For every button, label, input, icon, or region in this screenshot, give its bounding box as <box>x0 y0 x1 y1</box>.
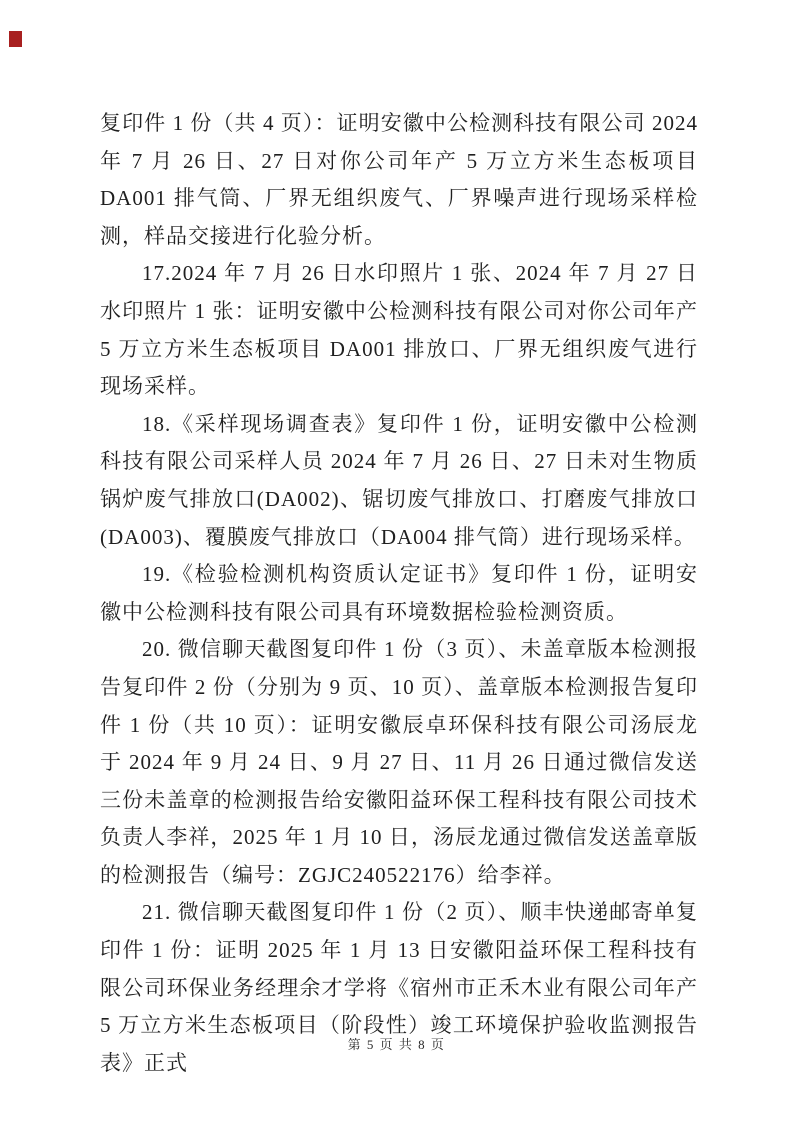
paragraph-item-17: 17.2024 年 7 月 26 日水印照片 1 张、2024 年 7 月 27… <box>100 255 698 405</box>
document-page: 复印件 1 份（共 4 页）：证明安徽中公检测科技有限公司 2024 年 7 月… <box>0 0 793 1122</box>
paragraph-item-16-continuation: 复印件 1 份（共 4 页）：证明安徽中公检测科技有限公司 2024 年 7 月… <box>100 105 698 255</box>
paragraph-item-21: 21. 微信聊天截图复印件 1 份（2 页）、顺丰快递邮寄单复印件 1 份：证明… <box>100 894 698 1082</box>
paragraph-item-19: 19.《检验检测机构资质认定证书》复印件 1 份，证明安徽中公检测科技有限公司具… <box>100 556 698 631</box>
paragraph-item-20: 20. 微信聊天截图复印件 1 份（3 页）、未盖章版本检测报告复印件 2 份（… <box>100 631 698 894</box>
document-body: 复印件 1 份（共 4 页）：证明安徽中公检测科技有限公司 2024 年 7 月… <box>100 105 698 1082</box>
paragraph-item-18: 18.《采样现场调查表》复印件 1 份，证明安徽中公检测科技有限公司采样人员 2… <box>100 406 698 556</box>
page-number-footer: 第 5 页 共 8 页 <box>0 1034 793 1053</box>
red-mark-artifact <box>9 31 22 47</box>
